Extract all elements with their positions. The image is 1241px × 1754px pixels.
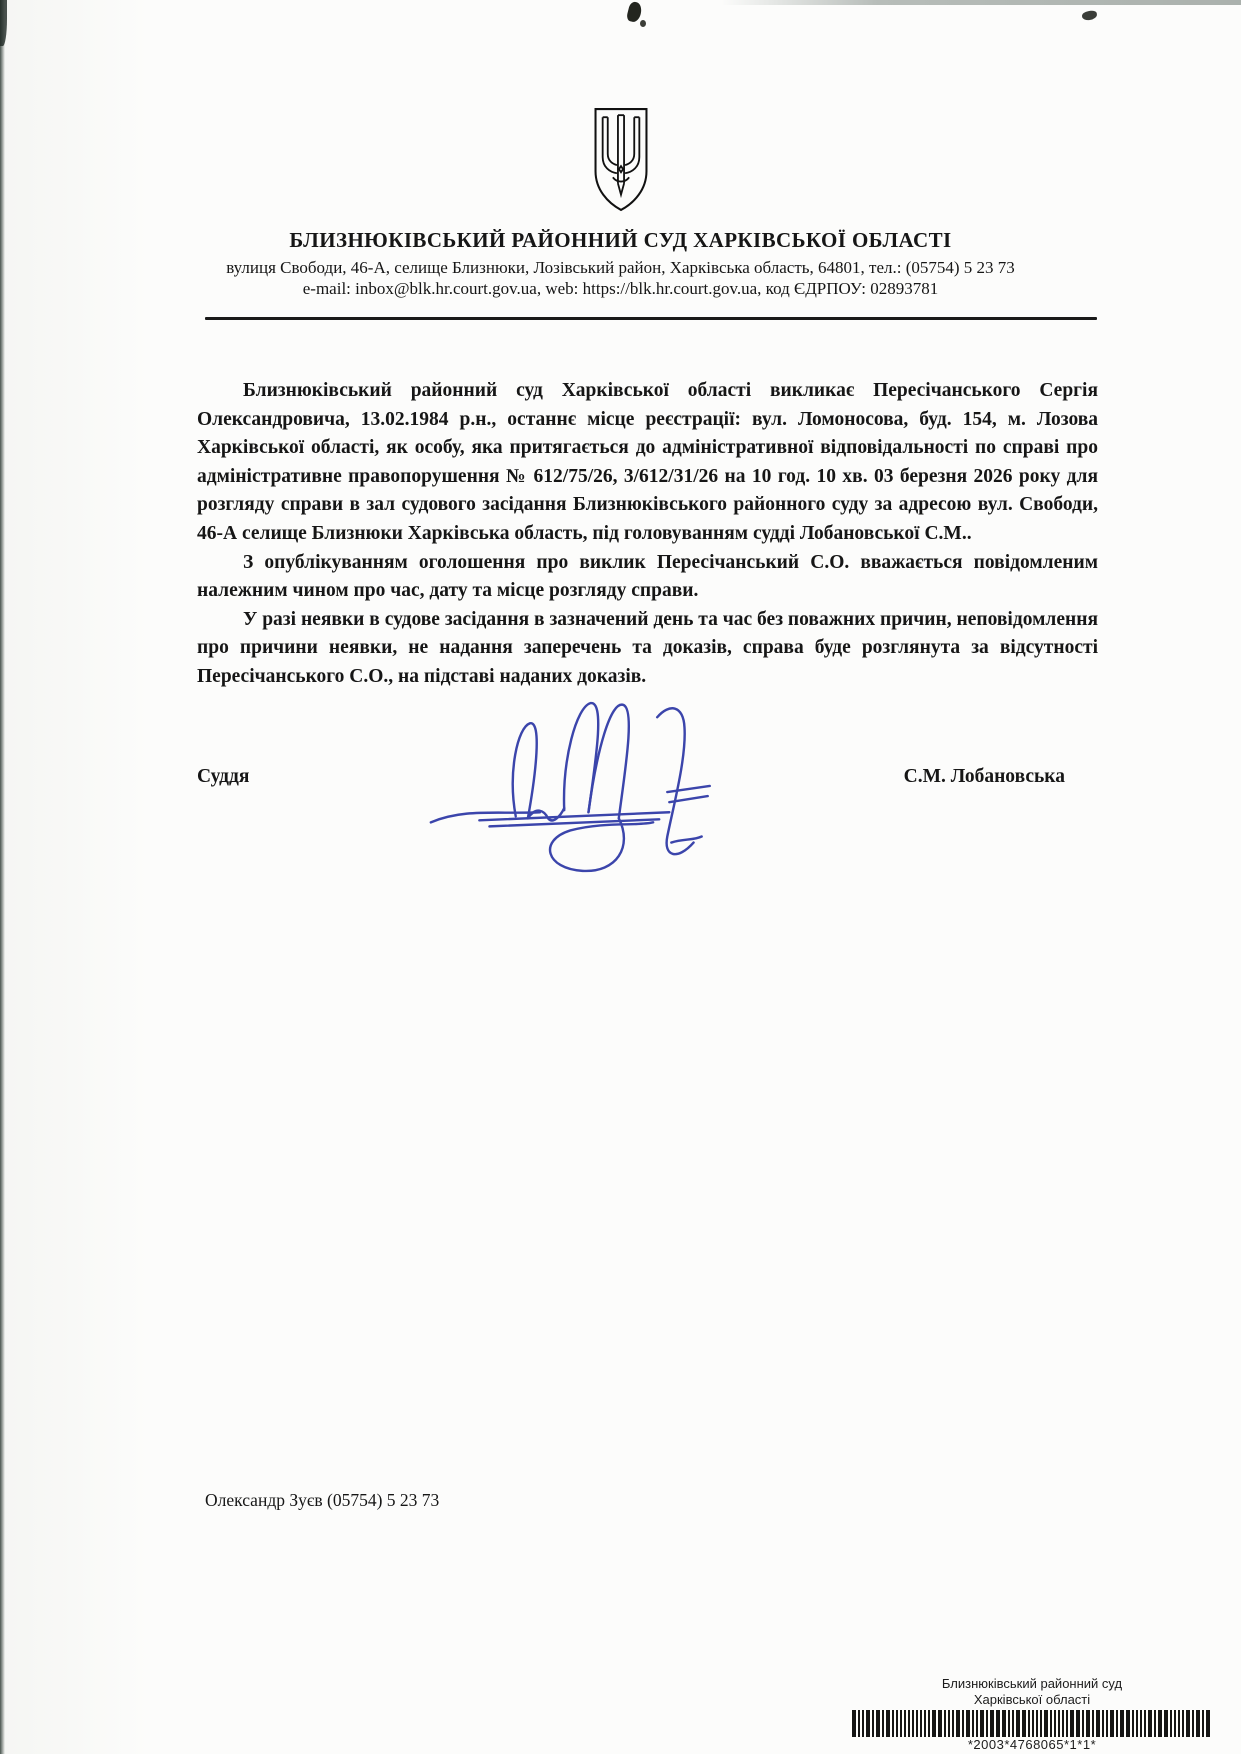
scan-artifact [640,20,646,27]
paragraph-warning: У разі неявки в судове засідання в зазна… [197,606,1098,692]
ukraine-trident-emblem-icon [588,106,654,214]
scanned-court-letter: БЛИЗНЮКІВСЬКИЙ РАЙОННИЙ СУД ХАРКІВСЬКОЇ … [0,0,1241,1754]
stamp-court-line1: Близнюківський районний суд [846,1676,1218,1692]
stamp-court-line2: Харківської області [846,1692,1218,1708]
court-contacts: e-mail: inbox@blk.hr.court.gov.ua, web: … [0,278,1241,299]
paragraph-notice: З опублікуванням оголошення про виклик П… [197,549,1098,606]
letterhead: БЛИЗНЮКІВСЬКИЙ РАЙОННИЙ СУД ХАРКІВСЬКОЇ … [0,106,1241,299]
paragraph-summons: Близнюківський районний суд Харківської … [197,377,1098,549]
header-divider [205,317,1097,320]
judge-signature [418,693,763,885]
judge-name: С.М. Лобановська [904,766,1065,788]
court-name: БЛИЗНЮКІВСЬКИЙ РАЙОННИЙ СУД ХАРКІВСЬКОЇ … [0,228,1241,253]
scan-edge-corner [0,0,7,46]
registration-stamp: Близнюківський районний суд Харківської … [846,1676,1218,1752]
judge-label: Суддя [197,766,249,788]
barcode-code: *2003*4768065*1*1* [846,1737,1218,1752]
letter-body: Близнюківський районний суд Харківської … [197,377,1098,692]
barcode [846,1710,1218,1737]
scan-edge-top [721,0,1241,5]
clerk-contact: Олександр Зуєв (05754) 5 23 73 [205,1490,439,1511]
court-address: вулиця Свободи, 46-А, селище Близнюки, Л… [0,257,1241,278]
scan-artifact [1081,10,1097,21]
